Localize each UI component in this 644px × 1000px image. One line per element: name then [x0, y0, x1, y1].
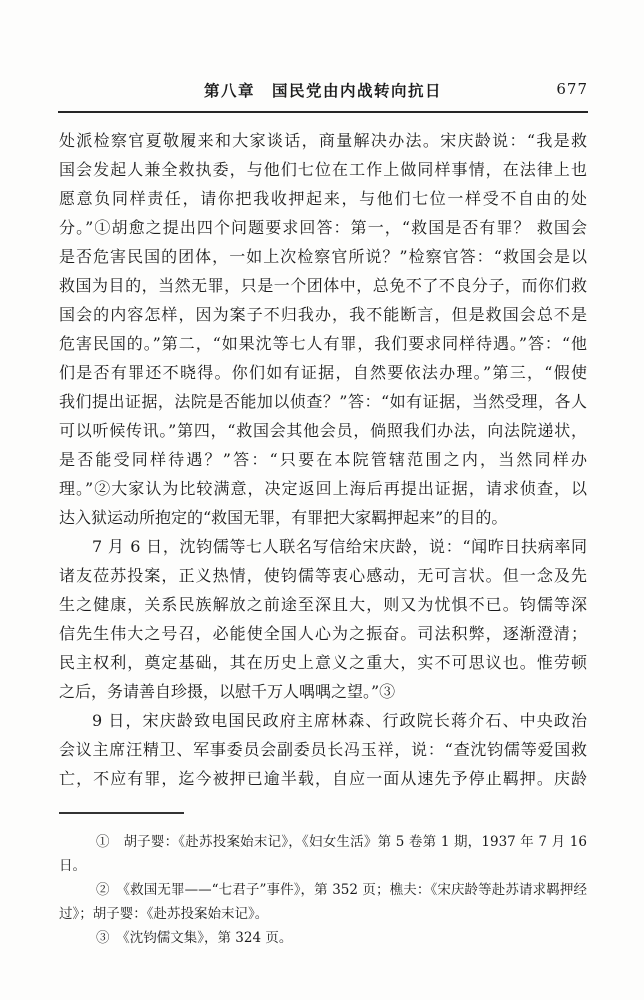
- body-line: 诸友莅苏投案，正义热情，使钧儒等衷心感动，无可言状。但一念及先: [59, 561, 587, 590]
- body-line: 我们提出证据，法院是否能加以侦查？”答：“如有证据，当然受理，各人: [59, 387, 587, 416]
- body-line: 是否危害民国的团体，一如上次检察官所说？”检察官答：“救国会是以: [59, 242, 587, 271]
- body-line: 分。”①胡愈之提出四个问题要求回答：第一，“救国是否有罪？ 救国会: [59, 213, 587, 242]
- header-rule: [58, 111, 588, 113]
- footnote-separator: [59, 812, 184, 814]
- body-line: 国会的内容怎样，因为案子不归我办，我不能断言，但是救国会总不是: [59, 300, 587, 329]
- footnotes: ① 胡子婴：《赴苏投案始末记》，《妇女生活》第 5 卷第 1 期，1937 年 …: [59, 830, 587, 950]
- body-line: 可以听候传讯。”第四，“救国会其他会员，倘照我们办法，向法院递状，: [59, 416, 587, 445]
- running-head: 第八章 国民党由内战转向抗日 677: [58, 79, 588, 99]
- body-line: 处派检察官夏敬履来和大家谈话，商量解决办法。宋庆龄说：“我是救: [59, 126, 587, 155]
- body-line: 国会发起人兼全救执委，与他们七位在工作上做同样事情，在法律上也: [59, 155, 587, 184]
- body-line: 达入狱运动所抱定的“救国无罪，有罪把大家羁押起来”的目的。: [59, 503, 587, 532]
- body-line: 理。”②大家认为比较满意，决定返回上海后再提出证据，请求侦查，以: [59, 474, 587, 503]
- body-line: 亡，不应有罪，迄今被押已逾半载，自应一面从速先予停止羁押。庆龄: [59, 764, 587, 793]
- body-line: 9 日，宋庆龄致电国民政府主席林森、行政院长蒋介石、中央政治: [59, 706, 587, 735]
- body-line: 7 月 6 日，沈钧儒等七人联名写信给宋庆龄，说：“闻昨日扶病率同: [59, 532, 587, 561]
- body-line: 危害民国的。”第二，“如果沈等七人有罪，我们要求同样待遇。”答：“他: [59, 329, 587, 358]
- footnote: ① 胡子婴：《赴苏投案始末记》，《妇女生活》第 5 卷第 1 期，1937 年 …: [59, 830, 587, 878]
- body-line: 会议主席汪精卫、军事委员会副委员长冯玉祥，说：“查沈钧儒等爱国救: [59, 735, 587, 764]
- body-line: 信先生伟大之号召，必能使全国人心为之振奋。司法积弊，逐渐澄清；: [59, 619, 587, 648]
- body-line: 之后，务请善自珍摄，以慰千万人喁喁之望。”③: [59, 677, 587, 706]
- book-page: 第八章 国民党由内战转向抗日 677 处派检察官夏敬履来和大家谈话，商量解决办法…: [0, 0, 644, 1000]
- chapter-title: 第八章 国民党由内战转向抗日: [58, 79, 588, 101]
- body-line: 生之健康，关系民族解放之前途至深且大，则又为忧惧不已。钧儒等深: [59, 590, 587, 619]
- body-line: 是否能受同样待遇？”答：“只要在本院管辖范围之内，当然同样办: [59, 445, 587, 474]
- body-line: 愿意负同样责任，请你把我收押起来，与他们七位一样受不自由的处: [59, 184, 587, 213]
- body-line: 民主权利，奠定基础，其在历史上意义之重大，实不可思议也。惟劳顿: [59, 648, 587, 677]
- footnote: ③ 《沈钧儒文集》，第 324 页。: [59, 926, 587, 950]
- page-number: 677: [556, 80, 588, 98]
- body-line: 们是否有罪还不晓得。你们如有证据，自然要依法办理。”第三，“假使: [59, 358, 587, 387]
- body-line: 救国为目的，当然无罪，只是一个团体中，总免不了不良分子，而你们救: [59, 271, 587, 300]
- footnote: ② 《救国无罪——“七君子”事件》，第 352 页；樵夫：《宋庆龄等赴苏请求羁押…: [59, 878, 587, 926]
- body-text: 处派检察官夏敬履来和大家谈话，商量解决办法。宋庆龄说：“我是救国会发起人兼全救执…: [59, 126, 587, 793]
